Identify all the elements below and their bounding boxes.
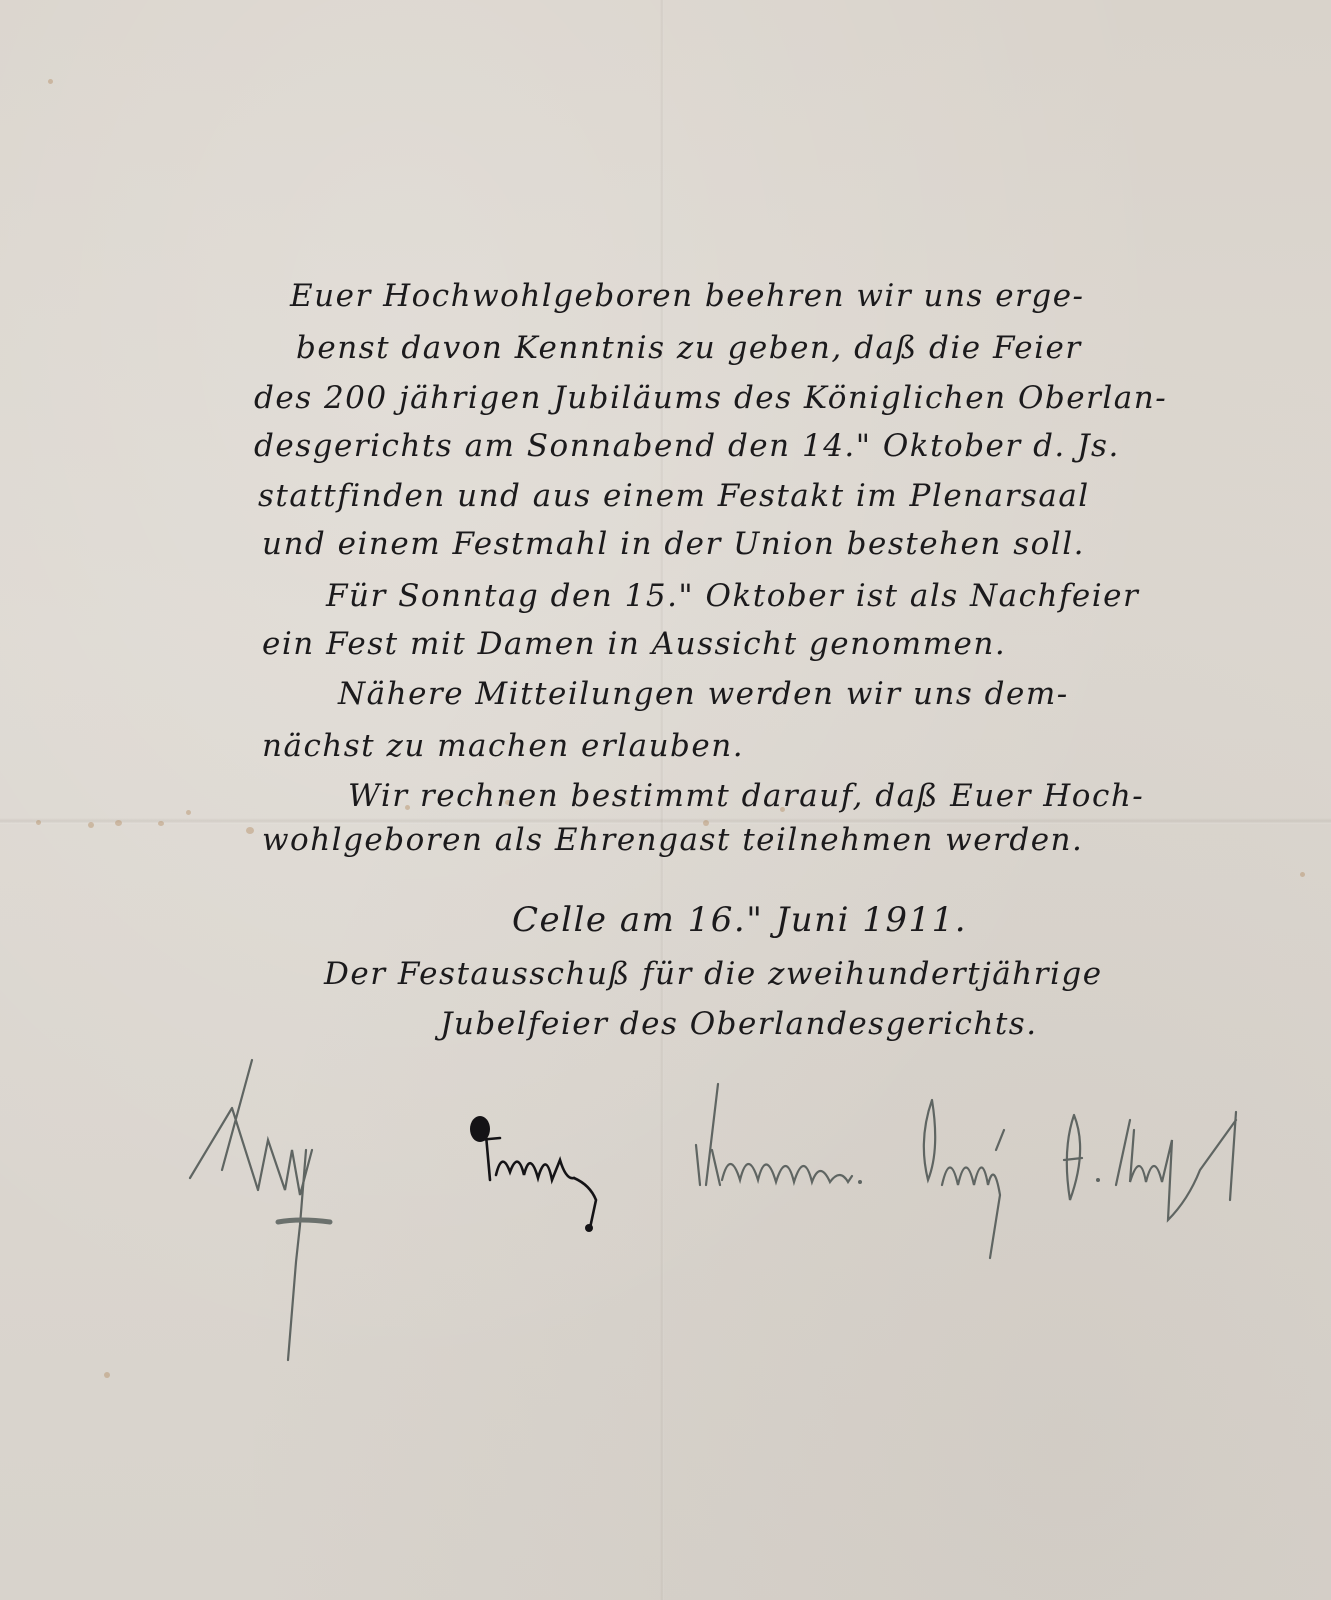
signature-4 bbox=[924, 1100, 1004, 1258]
signatures bbox=[0, 0, 1331, 1600]
signature-3 bbox=[696, 1084, 862, 1185]
signature-5 bbox=[1064, 1112, 1236, 1220]
signature-1 bbox=[190, 1060, 330, 1360]
letter-paper: Euer Hochwohlgeboren beehren wir uns erg… bbox=[0, 0, 1331, 1600]
signature-2 bbox=[470, 1116, 596, 1232]
